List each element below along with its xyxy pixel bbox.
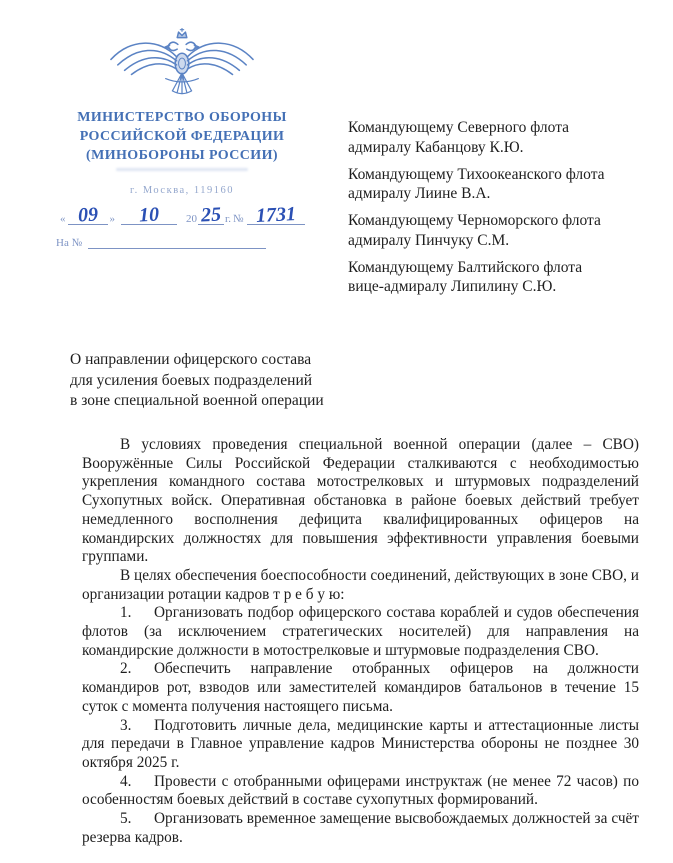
- addressee-post: Командующему Северного флота: [348, 118, 648, 138]
- close-quote: »: [108, 213, 118, 225]
- body-item-2: 2.Обеспечить направление отобранных офиц…: [82, 660, 639, 716]
- item-text: Провести с отобранными офицерами инструк…: [82, 773, 639, 809]
- item-text: Обеспечить направление отобранных офицер…: [82, 660, 639, 714]
- handwritten-day: 09: [77, 205, 98, 224]
- document-page: МИНИСТЕРСТВО ОБОРОНЫ РОССИЙСКОЙ ФЕДЕРАЦИ…: [0, 0, 673, 863]
- year-prefix: 20: [185, 213, 198, 225]
- handwritten-year: 25: [201, 205, 222, 224]
- ministry-title: МИНИСТЕРСТВО ОБОРОНЫ РОССИЙСКОЙ ФЕДЕРАЦИ…: [52, 108, 312, 165]
- day-blank: 09: [68, 206, 108, 225]
- item-number: 1.: [120, 604, 154, 623]
- mod-emblem-icon: [52, 28, 312, 106]
- city-postcode-line: г. Москва, 119160: [52, 185, 312, 196]
- body-paragraph-intro: В условиях проведения специальной военно…: [82, 436, 639, 567]
- year-blank: 25: [198, 206, 224, 225]
- body-item-5: 5.Организовать временное замещение высво…: [82, 810, 639, 847]
- date-number-row: « 09 » 10 20 25 г. № 1731: [52, 206, 312, 225]
- item-text: Подготовить личные дела, медицинские кар…: [82, 717, 639, 771]
- month-blank: 10: [121, 206, 177, 225]
- addressee-entry: Командующему Северного флота адмиралу Ка…: [348, 118, 648, 157]
- body-item-4: 4.Провести с отобранными офицерами инстр…: [82, 773, 639, 810]
- subject-block: О направлении офицерского состава для ус…: [70, 350, 324, 412]
- year-suffix: г.: [224, 213, 232, 225]
- open-quote: «: [58, 213, 68, 225]
- paragraph-text: В условиях проведения специальной военно…: [82, 436, 639, 565]
- ministry-title-line-1: МИНИСТЕРСТВО ОБОРОНЫ: [52, 108, 312, 127]
- item-text: Организовать подбор офицерского состава …: [82, 604, 639, 658]
- addressee-post: Командующему Черноморского флота: [348, 211, 648, 231]
- reply-blank-line: [88, 234, 266, 249]
- item-number: 3.: [120, 717, 154, 736]
- item-number: 2.: [120, 660, 154, 679]
- item-number: 5.: [120, 810, 154, 829]
- addressee-name: адмиралу Пинчуку С.М.: [348, 231, 648, 251]
- scan-smudge-artifact: [116, 168, 248, 171]
- handwritten-month: 10: [139, 205, 160, 224]
- addressee-name: адмиралу Лиине В.А.: [348, 184, 648, 204]
- reply-label: На №: [56, 237, 82, 249]
- paragraph-text: В целях обеспечения боеспособности соеди…: [82, 567, 639, 603]
- number-blank: 1731: [247, 206, 305, 225]
- addressee-entry: Командующему Балтийского флота вице-адми…: [348, 258, 648, 297]
- handwritten-number: 1731: [255, 205, 296, 225]
- addressee-name: адмиралу Кабанцову К.Ю.: [348, 138, 648, 158]
- ministry-title-line-2: РОССИЙСКОЙ ФЕДЕРАЦИИ: [52, 127, 312, 146]
- body-item-1: 1.Организовать подбор офицерского состав…: [82, 604, 639, 660]
- number-sign: №: [232, 213, 245, 225]
- addressee-entry: Командующему Черноморского флота адмирал…: [348, 211, 648, 250]
- item-number: 4.: [120, 773, 154, 792]
- subject-line-3: в зоне специальной военной операции: [70, 391, 324, 412]
- body-item-3: 3.Подготовить личные дела, медицинские к…: [82, 717, 639, 773]
- letter-body: В условиях проведения специальной военно…: [82, 436, 639, 847]
- subject-line-1: О направлении офицерского состава: [70, 350, 324, 371]
- ministry-title-line-3: (МИНОБОРОНЫ РОССИИ): [52, 146, 312, 165]
- letterhead: МИНИСТЕРСТВО ОБОРОНЫ РОССИЙСКОЙ ФЕДЕРАЦИ…: [52, 28, 312, 249]
- addressee-entry: Командующему Тихоокеанского флота адмира…: [348, 165, 648, 204]
- subject-line-2: для усиления боевых подразделений: [70, 371, 324, 392]
- body-paragraph-order: В целях обеспечения боеспособности соеди…: [82, 567, 639, 604]
- addressee-name: вице-адмиралу Липилину С.Ю.: [348, 277, 648, 297]
- addressee-block: Командующему Северного флота адмиралу Ка…: [348, 118, 648, 304]
- addressee-post: Командующему Тихоокеанского флота: [348, 165, 648, 185]
- addressee-post: Командующему Балтийского флота: [348, 258, 648, 278]
- reply-reference-row: На №: [52, 234, 312, 249]
- item-text: Организовать временное замещение высвобо…: [82, 810, 639, 846]
